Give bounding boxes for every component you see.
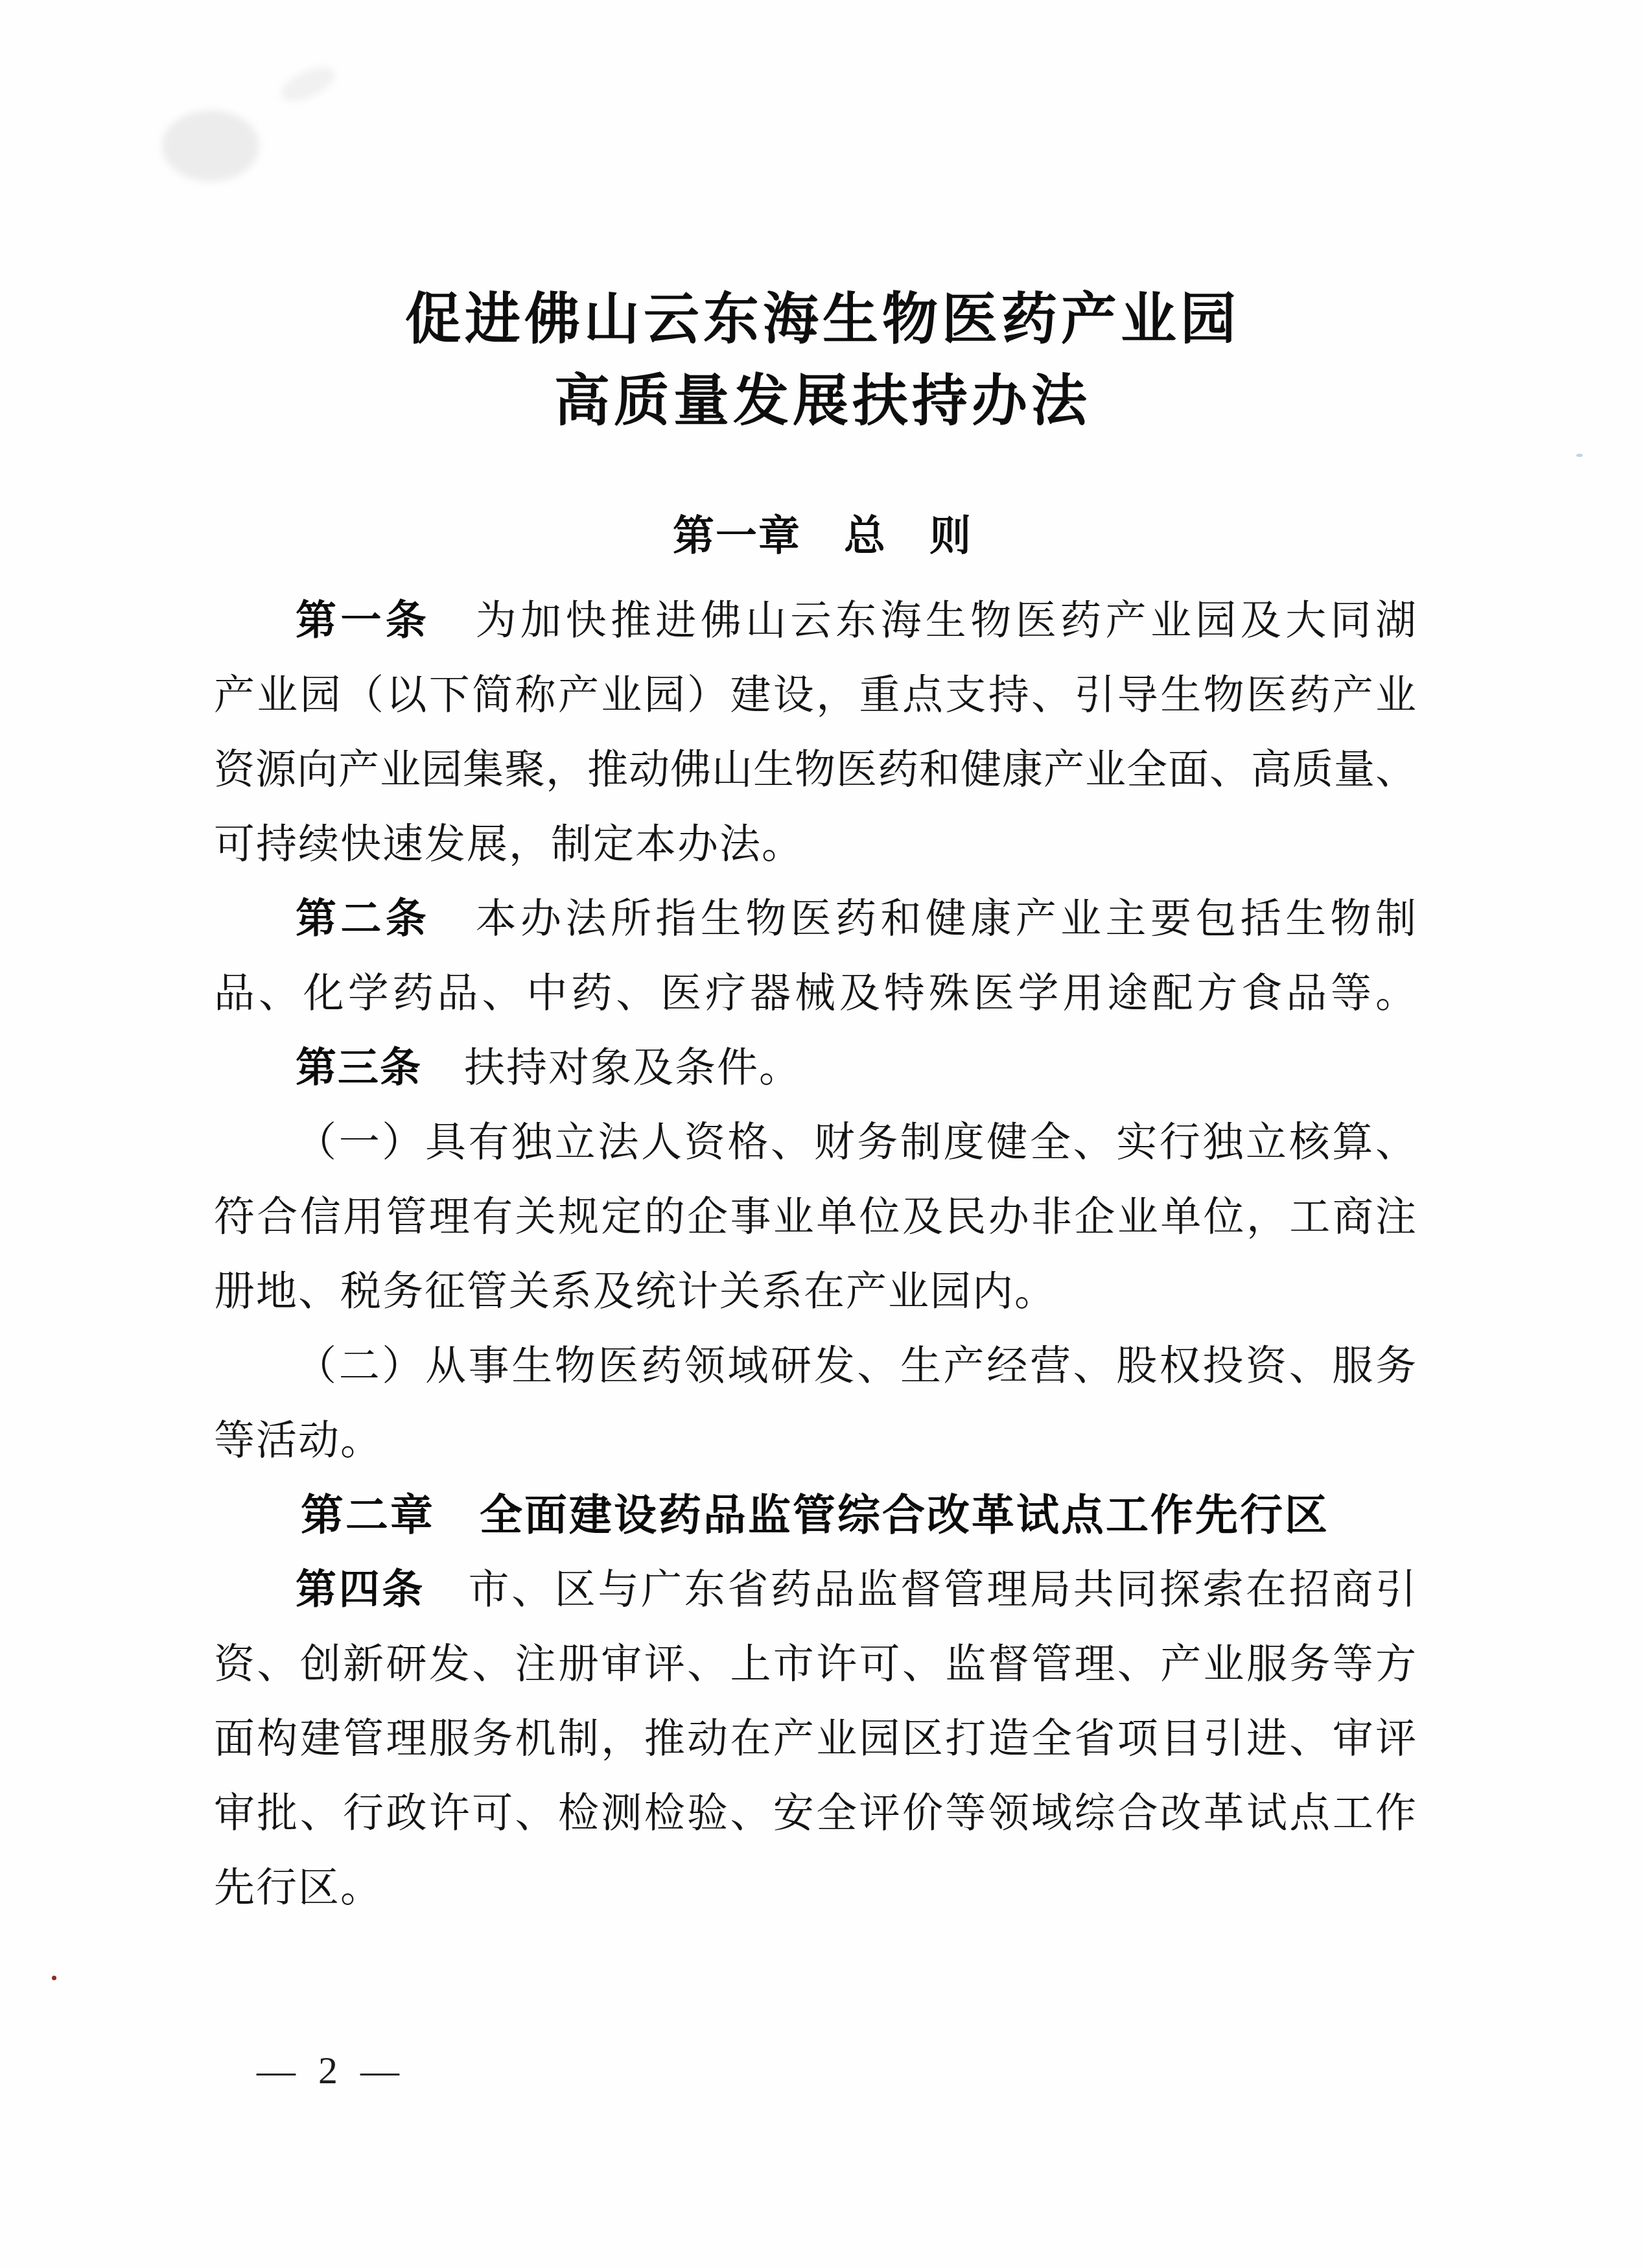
body-lines: 第一条 为加快推进佛山云东海生物医药产业园及大同湖产业园（以下简称产业园）建设，… xyxy=(214,583,1416,1925)
page-number: — 2 — xyxy=(257,2048,406,2093)
body-line: 品、化学药品、中药、医疗器械及特殊医学用途配方食品等。 xyxy=(214,956,1416,1031)
body-line: 资、创新研发、注册审评、上市许可、监督管理、产业服务等方 xyxy=(214,1627,1416,1701)
body-line: 第一条 为加快推进佛山云东海生物医药产业园及大同湖 xyxy=(214,583,1416,658)
body-line: 资源向产业园集聚，推动佛山生物医药和健康产业全面、高质量、 xyxy=(214,732,1416,807)
body-line: 可持续快速发展，制定本办法。 xyxy=(214,807,1416,882)
chapter-one-heading: 第一章 总 则 xyxy=(0,509,1645,561)
body-line: 产业园（以下简称产业园）建设，重点支持、引导生物医药产业 xyxy=(214,658,1416,732)
article-label: 第二条 xyxy=(296,896,430,941)
document-page: 促进佛山云东海生物医药产业园 高质量发展扶持办法 第一章 总 则 第一条 为加快… xyxy=(0,0,1645,2268)
document-title-line-1: 促进佛山云东海生物医药产业园 xyxy=(0,279,1645,360)
body-line: 符合信用管理有关规定的企事业单位及民办非企业单位，工商注 xyxy=(214,1180,1416,1254)
body-line: 第三条 扶持对象及条件。 xyxy=(214,1031,1416,1105)
body-line: 第四条 市、区与广东省药品监督管理局共同探索在招商引 xyxy=(214,1552,1416,1627)
body-line: 审批、行政许可、检测检验、安全评价等领域综合改革试点工作 xyxy=(214,1776,1416,1851)
scan-speck xyxy=(1576,454,1583,457)
body-line: （二）从事生物医药领域研发、生产经营、股权投资、服务 xyxy=(214,1329,1416,1403)
body-line: 册地、税务征管关系及统计关系在产业园内。 xyxy=(214,1254,1416,1329)
body-line: 第二条 本办法所指生物医药和健康产业主要包括生物制 xyxy=(214,882,1416,956)
document-title-line-2: 高质量发展扶持办法 xyxy=(0,360,1645,442)
body-line: （一）具有独立法人资格、财务制度健全、实行独立核算、 xyxy=(214,1105,1416,1180)
chapter-two-heading: 第二章 全面建设药品监管综合改革试点工作先行区 xyxy=(214,1478,1416,1552)
body-line: 面构建管理服务机制，推动在产业园区打造全省项目引进、审评 xyxy=(214,1701,1416,1776)
body-line: 先行区。 xyxy=(214,1851,1416,1925)
article-label: 第一条 xyxy=(296,598,430,643)
article-label: 第三条 xyxy=(296,1045,422,1090)
document-title: 促进佛山云东海生物医药产业园 高质量发展扶持办法 xyxy=(0,279,1645,442)
scan-smudge xyxy=(162,110,259,181)
article-label: 第四条 xyxy=(296,1567,425,1612)
scan-smudge xyxy=(276,60,340,108)
red-ink-speck xyxy=(52,1976,56,1980)
body-line: 等活动。 xyxy=(214,1403,1416,1478)
